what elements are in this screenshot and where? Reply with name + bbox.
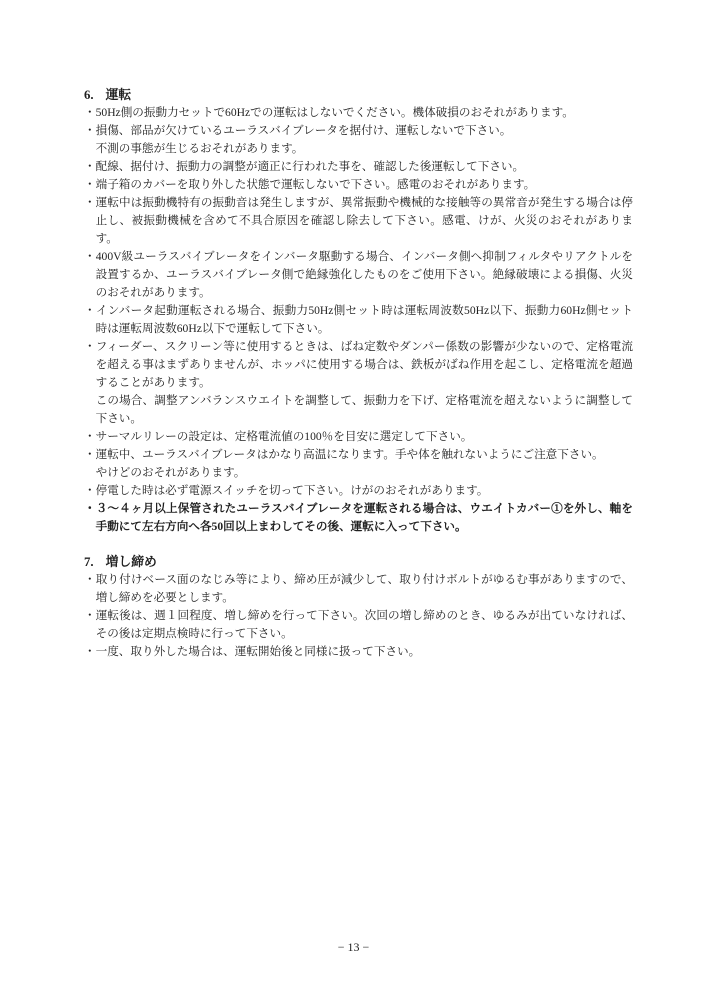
section-retightening: 7.増し締め ・取り付けベース面のなじみ等により、締め圧が減少して、取り付けボル…: [84, 553, 633, 661]
section-title: 運転: [106, 88, 132, 102]
section-title: 増し締め: [106, 555, 157, 569]
section-retightening-heading: 7.増し締め: [84, 553, 633, 571]
page-number: − 13 −: [0, 938, 707, 956]
section-number: 6.: [84, 86, 94, 104]
bullet-item: ・配線、据付け、振動力の調整が適正に行われた事を、確認した後運転して下さい。: [84, 158, 633, 176]
bullet-item: ・サーマルリレーの設定は、定格電流値の100％を目安に選定して下さい。: [84, 428, 633, 446]
page-content: 6.運転 ・50Hz側の振動力セットで60Hzでの運転はしないでください。機体破…: [84, 86, 633, 661]
bullet-item: ・インバータ起動運転される場合、振動力50Hz側セット時は運転周波数50Hz以下…: [84, 302, 633, 338]
bullet-item: ・フィーダー、スクリーン等に使用するときは、ばね定数やダンパー係数の影響が少ない…: [84, 338, 633, 428]
section-operation: 6.運転 ・50Hz側の振動力セットで60Hzでの運転はしないでください。機体破…: [84, 86, 633, 536]
bullet-item: ・端子箱のカバーを取り外した状態で運転しないで下さい。感電のおそれがあります。: [84, 176, 633, 194]
bullet-item: ・50Hz側の振動力セットで60Hzでの運転はしないでください。機体破損のおそれ…: [84, 104, 633, 122]
document-page: 6.運転 ・50Hz側の振動力セットで60Hzでの運転はしないでください。機体破…: [0, 0, 707, 1000]
bullet-item: ・一度、取り外した場合は、運転開始後と同様に扱って下さい。: [84, 643, 633, 661]
section-number: 7.: [84, 553, 94, 571]
bullet-item: ・停電した時は必ず電源スイッチを切って下さい。けがのおそれがあります。: [84, 482, 633, 500]
bullet-item: ・損傷、部品が欠けているユーラスバイブレータを据付け、運転しないで下さい。 不測…: [84, 122, 633, 158]
bullet-item: ・運転後は、週１回程度、増し締めを行って下さい。次回の増し締めのとき、ゆるみが出…: [84, 607, 633, 643]
bullet-item: ・取り付けベース面のなじみ等により、締め圧が減少して、取り付けボルトがゆるむ事が…: [84, 571, 633, 607]
bullet-item: ・運転中は振動機特有の振動音は発生しますが、異常振動や機械的な接触等の異常音が発…: [84, 194, 633, 248]
bullet-item: ・運転中、ユーラスバイブレータはかなり高温になります。手や体を触れないようにご注…: [84, 446, 633, 482]
bullet-item: ・400V級ユーラスバイブレータをインバータ駆動する場合、インバータ側へ抑制フィ…: [84, 248, 633, 302]
bullet-item-bold-warning: ・３～４ヶ月以上保管されたユーラスバイブレータを運転される場合は、ウエイトカバー…: [84, 500, 633, 536]
section-operation-heading: 6.運転: [84, 86, 633, 104]
